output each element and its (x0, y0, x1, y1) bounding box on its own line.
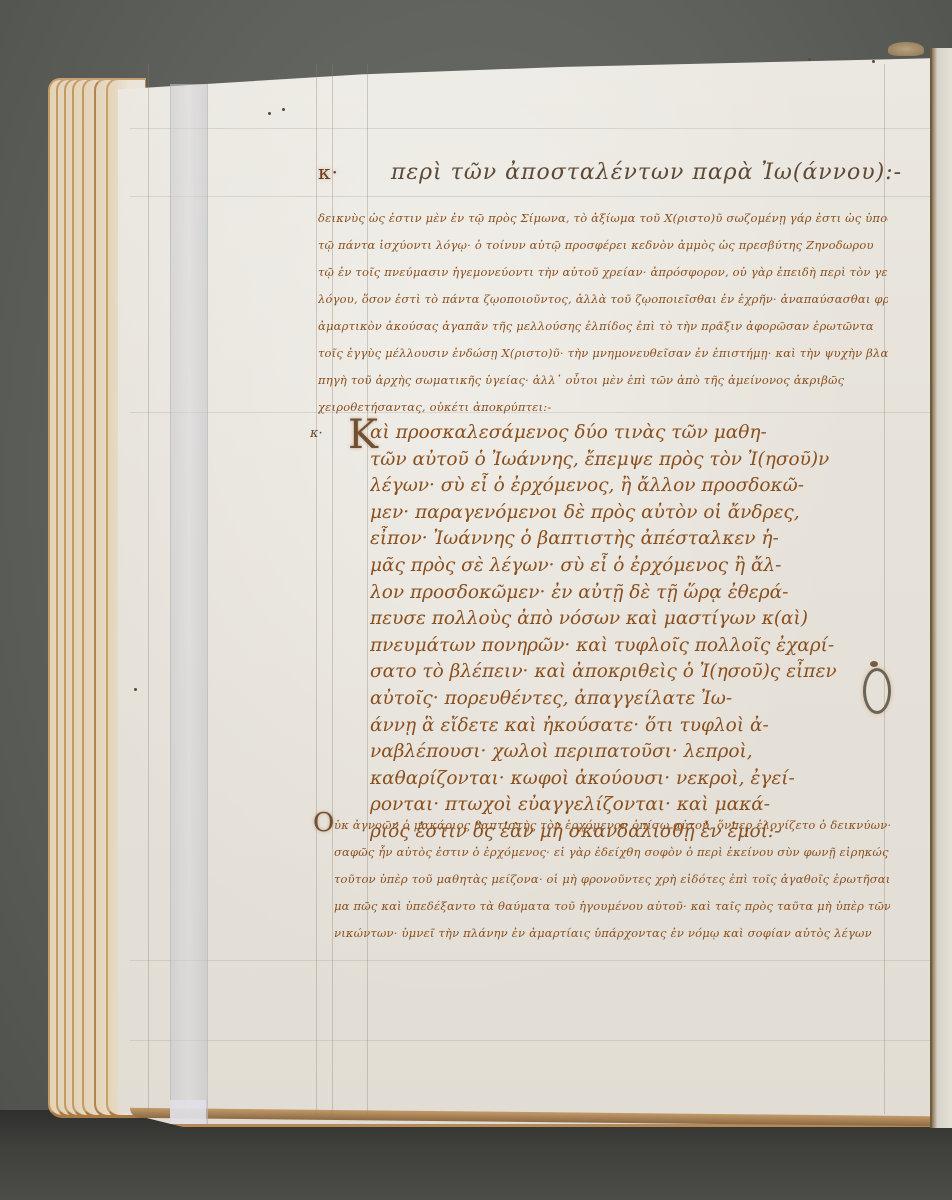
text-line: σατο τὸ βλέπειν· καὶ ἀποκριθεὶς ὁ Ἰ(ησοῦ… (370, 659, 870, 686)
text-line: αὐτοῖς· πορευθέντες, ἀπαγγείλατε Ἰω- (370, 686, 870, 713)
commentary-line: μα πῶς καὶ ὑπεδέξαντο τὰ θαύματα τοῦ ἡγο… (334, 893, 890, 920)
repair-tape-strip (170, 84, 208, 1124)
text-line: τῶν αὐτοῦ ὁ Ἰωάννης, ἔπεμψε πρὸς τὸν Ἰ(η… (370, 447, 870, 474)
ruling-line-horizontal (130, 196, 930, 197)
binding-thread (888, 42, 924, 56)
commentary-line: πηγὴ τοῦ ἀρχὴς σωματικῆς ὑγείας· ἀλλ᾽ οὗ… (318, 367, 888, 394)
section-marker: κ· (310, 426, 323, 441)
text-line: ναβλέπουσι· χωλοὶ περιπατοῦσι· λεπροὶ, (370, 739, 870, 766)
commentary-block-2: ὐκ ἀγνοῶν ὁ μακάριος βαπτιστὴς τὸν ἐρχόμ… (334, 812, 890, 947)
commentary-line: τοῦτον ὑπὲρ τοῦ μαθητὰς μείζονα· οἱ μὴ φ… (334, 866, 890, 893)
text-line: εἶπον· Ἰωάννης ὁ βαπτιστὴς ἀπέσταλκεν ἡ- (370, 526, 870, 553)
commentary-line: λόγου, ὅσον ἐστὶ τὸ πάντα ζῳοποιοῦντος, … (318, 286, 888, 313)
ruling-line-horizontal (130, 960, 930, 961)
commentary-block-1: δεικνὺς ὡς ἐστιν μὲν ἐν τῷ πρὸς Σίμωνα, … (318, 205, 888, 421)
repair-tape-end (170, 1100, 206, 1124)
commentary-line: δεικνὺς ὡς ἐστιν μὲν ἐν τῷ πρὸς Σίμωνα, … (318, 205, 888, 232)
facing-page-edge (930, 48, 952, 1128)
commentary-line: νικώντων· ὑμνεῖ τὴν πλάνην ἐν ἁμαρτίαις … (334, 920, 890, 947)
text-line: πνευμάτων πονηρῶν· καὶ τυφλοῖς πολλοῖς ἐ… (370, 633, 870, 660)
ruling-line-horizontal (130, 1040, 930, 1041)
commentary-line: χειροθετήσαντας, οὐκέτι ἀποκρύπτει:- (318, 394, 888, 421)
commentary-line: τοῖς ἐγγὺς μέλλουσιν ἐνδώσῃ Χ(ριστο)ῦ· τ… (318, 340, 888, 367)
text-line: άννῃ ἃ εἴδετε καὶ ἠκούσατε· ὅτι τυφλοὶ ἀ… (370, 713, 870, 740)
gospel-text-block: αὶ προσκαλεσάμενος δύο τινὰς τῶν μαθη- τ… (370, 420, 870, 846)
text-line: καθαρίζονται· κωφοὶ ἀκούουσι· νεκροὶ, ἐγ… (370, 766, 870, 793)
text-line: λέγων· σὺ εἶ ὁ ἐρχόμενος, ἢ ἄλλον προσδο… (370, 473, 870, 500)
commentary-line: σαφῶς ἦν αὐτὸς ἐστιν ὁ ἐρχόμενος· εἰ γὰρ… (334, 839, 890, 866)
ruling-line-horizontal (130, 128, 930, 129)
commentary-line: ὐκ ἀγνοῶν ὁ μακάριος βαπτιστὴς τὸν ἐρχόμ… (334, 812, 890, 839)
text-line: μεν· παραγενόμενοι δὲ πρὸς αὐτὸν οἱ ἄνδρ… (370, 500, 870, 527)
marginal-omicron-mark (863, 668, 891, 714)
section-title: περὶ τῶν ἀποσταλέντων παρὰ Ἰω(άννου):- (391, 160, 902, 185)
commentary-line: ἀμαρτικὸν ἀκούσας ἀγαπᾶν τῆς μελλούσης ἐ… (318, 313, 888, 340)
text-line: λον προσδοκῶμεν· ἐν αὐτῇ δὲ τῇ ὥρᾳ ἐθερά… (370, 580, 870, 607)
commentary-line: τῷ πάντα ἰσχύοντι λόγῳ· ὁ τοίνυν αὐτῷ πρ… (318, 232, 888, 259)
text-line: μᾶς πρὸς σὲ λέγων· σὺ εἶ ὁ ἐρχόμενος ἢ ἄ… (370, 553, 870, 580)
commentary-line: τῷ ἐν τοῖς πνεύμασιν ἡγεμονεύοντι τὴν αὐ… (318, 259, 888, 286)
text-line: αὶ προσκαλεσάμενος δύο τινὰς τῶν μαθη- (370, 420, 870, 447)
text-line: πευσε πολλοὺς ἀπὸ νόσων καὶ μαστίγων κ(α… (370, 606, 870, 633)
ruling-line-vertical (316, 64, 317, 1114)
section-heading: κ· περὶ τῶν ἀποσταλέντων παρὰ Ἰω(άννου):… (318, 160, 838, 185)
ruling-line-vertical (148, 64, 149, 1114)
dropcap-letter: Ο (313, 808, 334, 838)
section-number: κ· (318, 160, 339, 184)
